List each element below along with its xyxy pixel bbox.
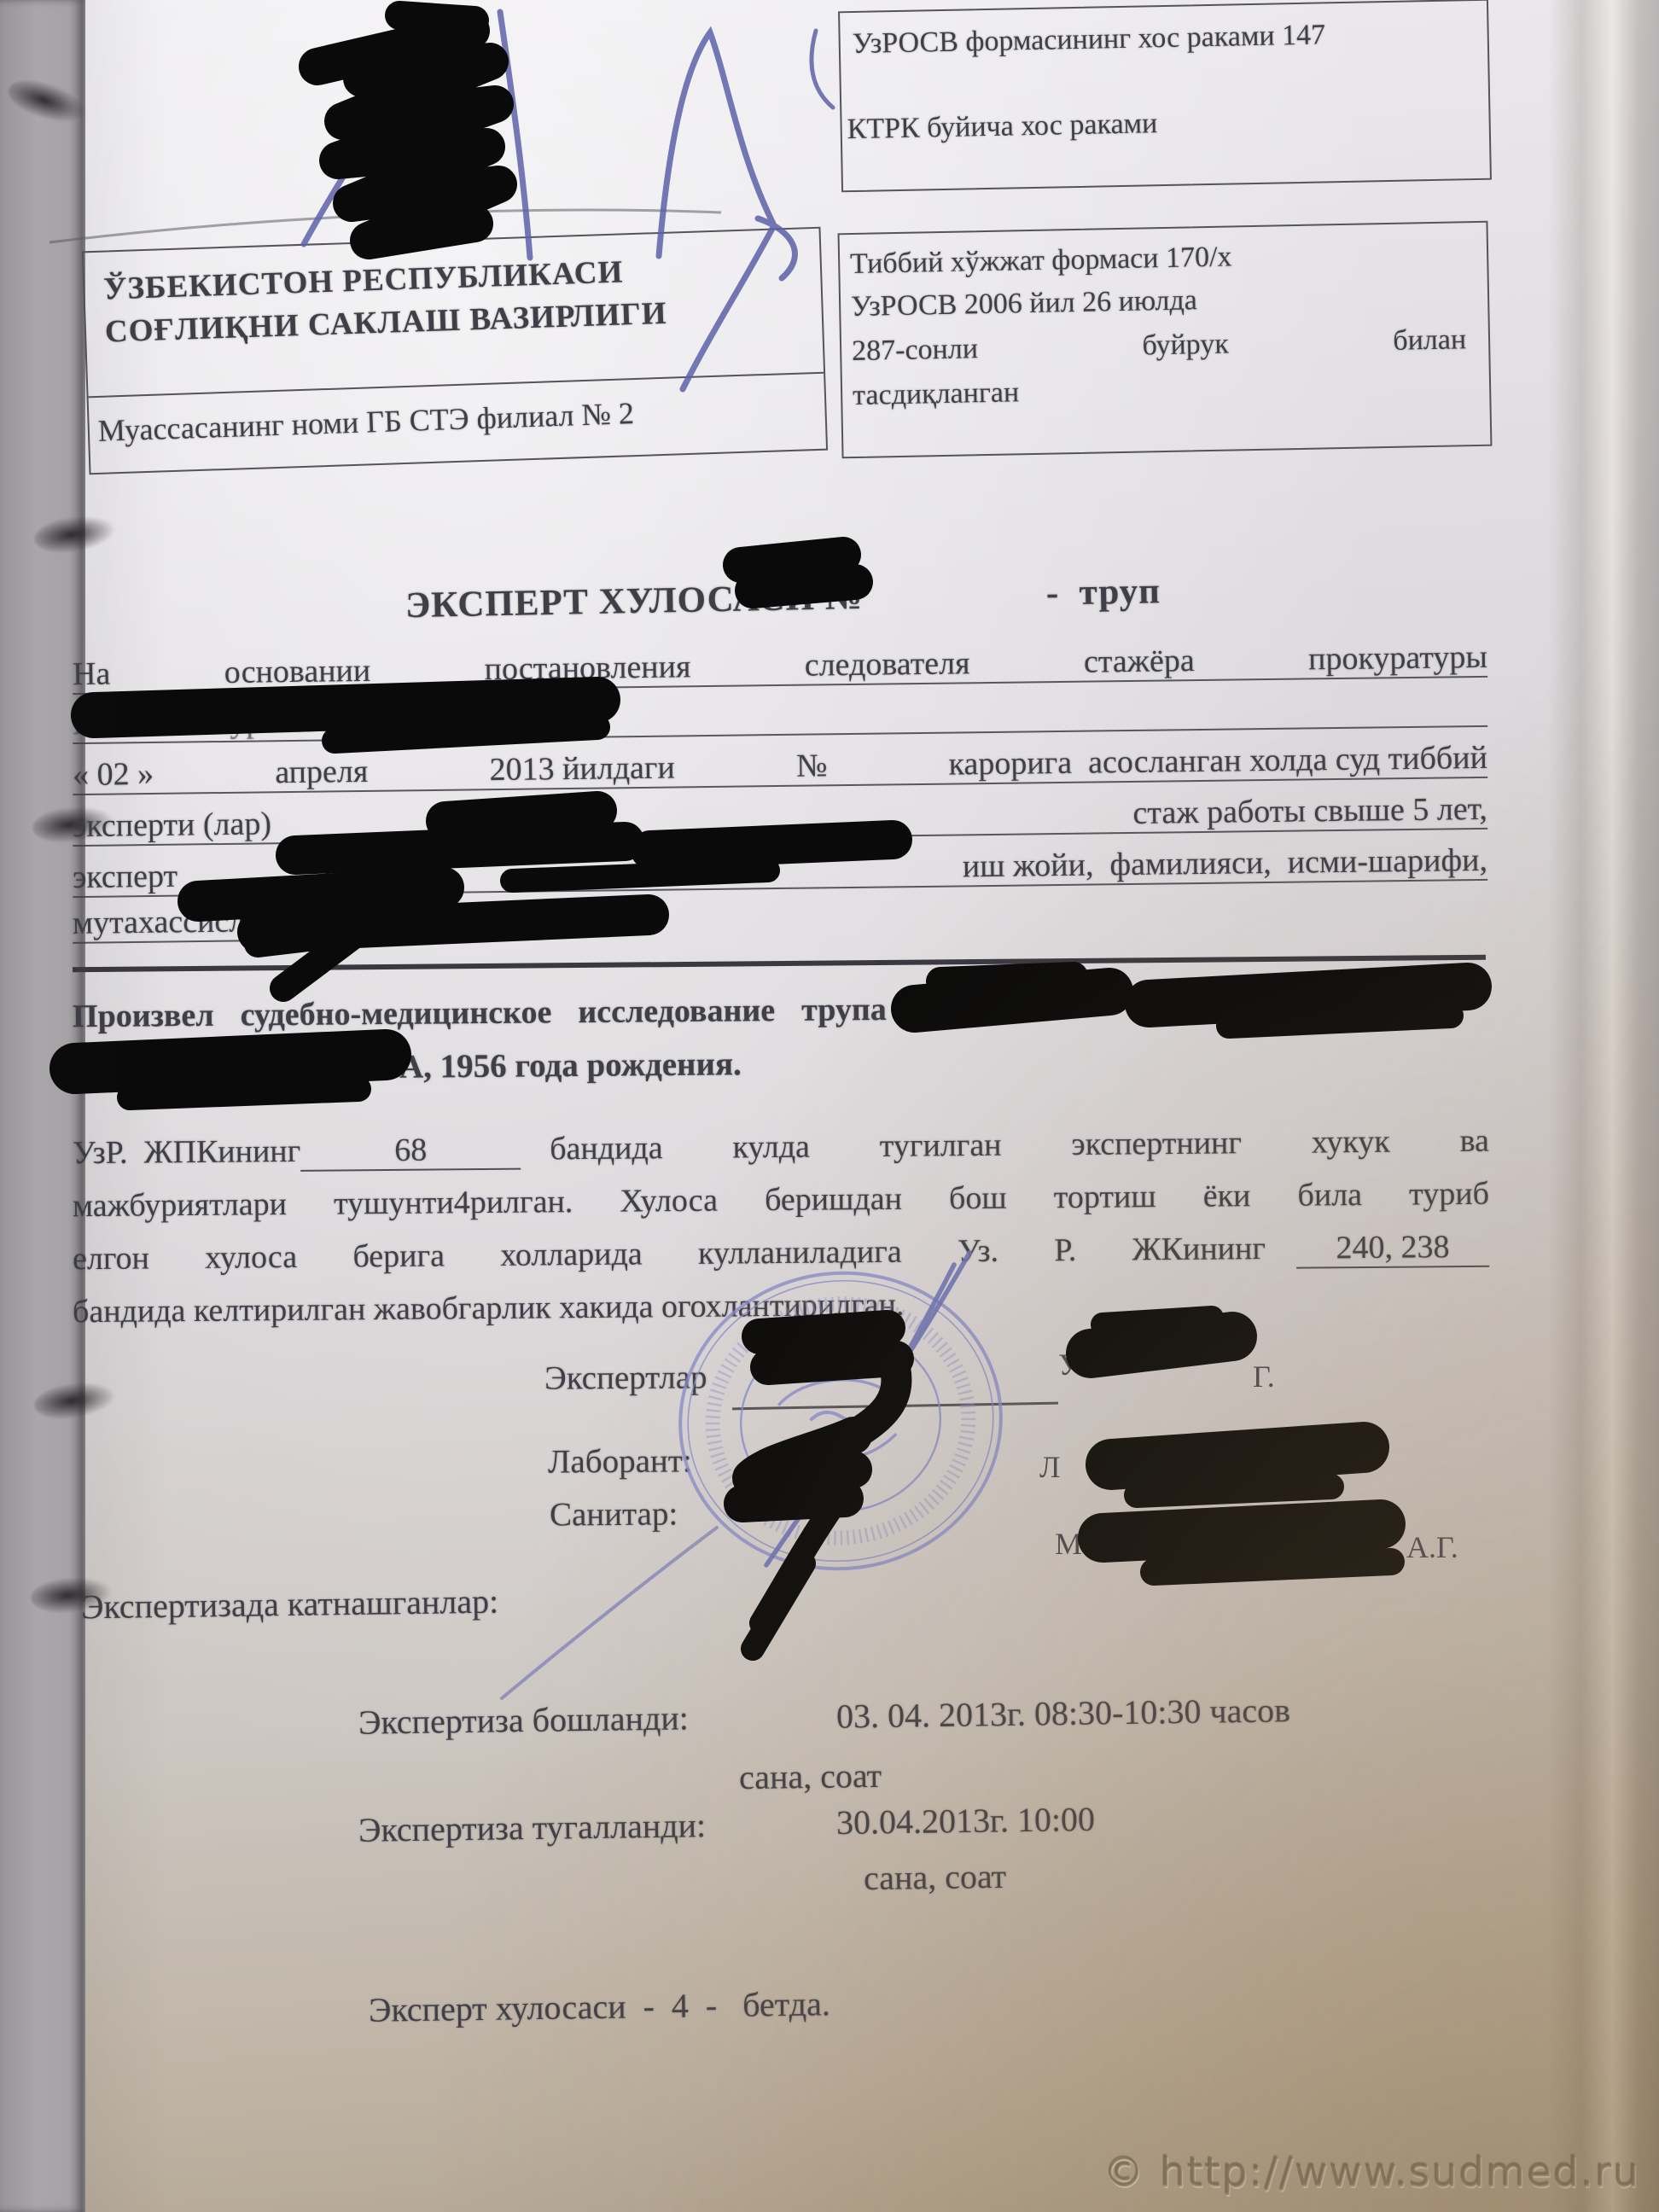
rights-line3-main: елгон хулоса берига холларида кулланилад… (73, 1230, 1296, 1278)
doc-form-line3-part3: билан (1393, 323, 1466, 358)
redaction-name-row2b (1137, 1487, 1331, 1495)
redaction-deceased-name1b (940, 976, 1074, 981)
exam-started-label: Экспертиза бошланди: (358, 1697, 689, 1742)
redaction-name-row3b (1154, 1562, 1391, 1572)
basis-line4-right: стаж работы свыше 5 лет, (1132, 790, 1487, 832)
redaction-signature-center3 (742, 1435, 853, 1504)
institution-name: Муассасанинг номи ГБ СТЭ филиал № 2 (97, 395, 634, 449)
form-number-line1: УзРОСВ формасининг хос раками 147 (852, 16, 1476, 61)
sanitar-label: Санитар: (550, 1494, 678, 1534)
basis-line4: эксперти (лар) стаж работы свыше 5 лет, (73, 790, 1487, 847)
form-number-box: УзРОСВ формасининг хос раками 147 КТРК б… (838, 0, 1492, 192)
title-suffix: - труп (1045, 571, 1161, 614)
expert-name-fragment: Г. (1253, 1359, 1275, 1394)
basis-expert2-label: эксперт (73, 858, 178, 896)
basis-line3-rest: карорига асосланган холда суд тиббий (948, 739, 1487, 783)
rights-line1-rest: бандида кулда тугилган экспертнинг хукук… (521, 1122, 1489, 1168)
section-separator-line (73, 955, 1486, 972)
rights-line2: мажбуриятлари тушунти4рилган. Хулоса бер… (73, 1175, 1489, 1225)
redaction-signature-center4 (753, 1504, 835, 1649)
date-time-caption-1: сана, соат (739, 1755, 882, 1797)
redaction-deceased-name3b (130, 1089, 358, 1097)
rights-line4: бандида келтирилган жавобгарлик хакида о… (73, 1281, 1489, 1330)
redaction-name-row2 (1111, 1447, 1364, 1464)
laborant-label: Лаборант: (548, 1441, 692, 1481)
rights-line1: УзР. ЖПКининг 68 бандида кулда тугилган … (73, 1122, 1489, 1173)
sanitar-name-pre-fragment: М (1055, 1526, 1082, 1562)
basis-number-sign: № (796, 747, 828, 784)
redaction-name-row3 (1103, 1524, 1381, 1538)
pen-signature-stroke (502, 1528, 717, 1698)
redaction-scribble-top2 (399, 15, 474, 20)
pages-note: Эксперт хулосаси - 4 - бетда. (369, 1983, 830, 2030)
redaction-signature-center (760, 1328, 896, 1367)
doc-form-line1: Тиббий хўжжат формаси 170/х (850, 236, 1465, 281)
redaction-deceased-name3 (75, 1055, 386, 1068)
doc-form-line3-part1: 287-сонли (852, 333, 978, 368)
ministry-box: ЎЗБЕКИСТОН РЕСПУБЛИКАСИ СОҒЛИҚНИ САКЛАШ … (82, 227, 828, 475)
rights-article-value: 68 (300, 1131, 521, 1172)
doc-form-line3-part2: буйрук (1142, 329, 1229, 363)
redaction-scribble-top (317, 31, 498, 241)
basis-line1: На основании постановления следователя с… (73, 638, 1487, 695)
signature-line (732, 1402, 1058, 1411)
basis-date-quotes: « 02 » (73, 755, 154, 794)
sudmed-watermark: © http://www.sudmed.ru (1103, 2150, 1640, 2197)
basis-expert-label: эксперти (лар) (73, 805, 272, 845)
laborant-name-pre-fragment: Л (1039, 1449, 1060, 1485)
expert-name-pre-fragment: У (1058, 1347, 1080, 1382)
participants-heading: Экспертизада катнашганлар: (81, 1581, 499, 1627)
ministry-box-divider (87, 372, 824, 399)
basis-year: 2013 йилдаги (489, 749, 675, 789)
pen-stroke (812, 31, 833, 108)
form-number-line2: КТРК буйича хос раками (847, 108, 1157, 146)
basis-month: апреля (275, 753, 369, 791)
redaction-name-row1 (1091, 1336, 1232, 1353)
document-photo: УзРОСВ формасининг хос раками 147 КТРК б… (0, 0, 1659, 2212)
page-edge-curl (1548, 0, 1659, 2212)
rights-line3: елгон хулоса берига холларида кулланилад… (73, 1228, 1489, 1279)
page-binding-strip (0, 0, 85, 2212)
document-form-box: Тиббий хўжжат формаси 170/х УзРОСВ 2006 … (838, 221, 1493, 459)
doc-form-line3: 287-сонли буйрук билан (852, 323, 1467, 368)
basis-line5: эксперт иш жойи, фамилияси, исми-шарифи, (73, 841, 1487, 898)
basis-line5-right: иш жойи, фамилияси, исми-шарифи, (963, 841, 1488, 886)
basis-line3: « 02 » апреля 2013 йилдаги № карорига ас… (73, 739, 1487, 795)
exam-started-value: 03. 04. 2013г. 08:30-10:30 часов (836, 1690, 1291, 1736)
rights-code-label: УзР. ЖПКининг (73, 1132, 301, 1172)
basis-line6: мутахассислиги, иш стажи, тоифаси (73, 898, 611, 944)
pen-stroke (304, 79, 408, 244)
basis-line2-partially-redacted: Шайхонтохурского района Б.Д.З. (73, 688, 1487, 744)
rights-articles-value: 240, 238 (1296, 1228, 1489, 1269)
exam-finished-value: 30.04.2013г. 10:00 (836, 1799, 1096, 1842)
title-prefix: ЭКСПЕРТ ХУЛОСАСИ № (405, 577, 864, 626)
pen-stroke (500, 12, 530, 258)
redaction-signature-center2 (853, 1359, 896, 1435)
doc-form-line2: УзРОСВ 2006 йил 26 июлда (851, 279, 1466, 323)
doc-form-line4: тасдиқланган (853, 368, 1468, 412)
pen-stroke (659, 32, 773, 256)
experts-label: Экспертлар (544, 1358, 707, 1397)
date-time-caption-2: сана, соат (864, 1856, 1007, 1898)
sanitar-name-fragment: А.Г. (1406, 1529, 1458, 1565)
examination-line1: Произвел судебно-медицинское исследовани… (73, 986, 1489, 1035)
examination-line2-visible: А, 1956 года рождения. (399, 1045, 742, 1086)
title-redacted-number-gap (863, 605, 1046, 608)
exam-finished-label: Экспертиза тугалланди: (358, 1805, 707, 1850)
